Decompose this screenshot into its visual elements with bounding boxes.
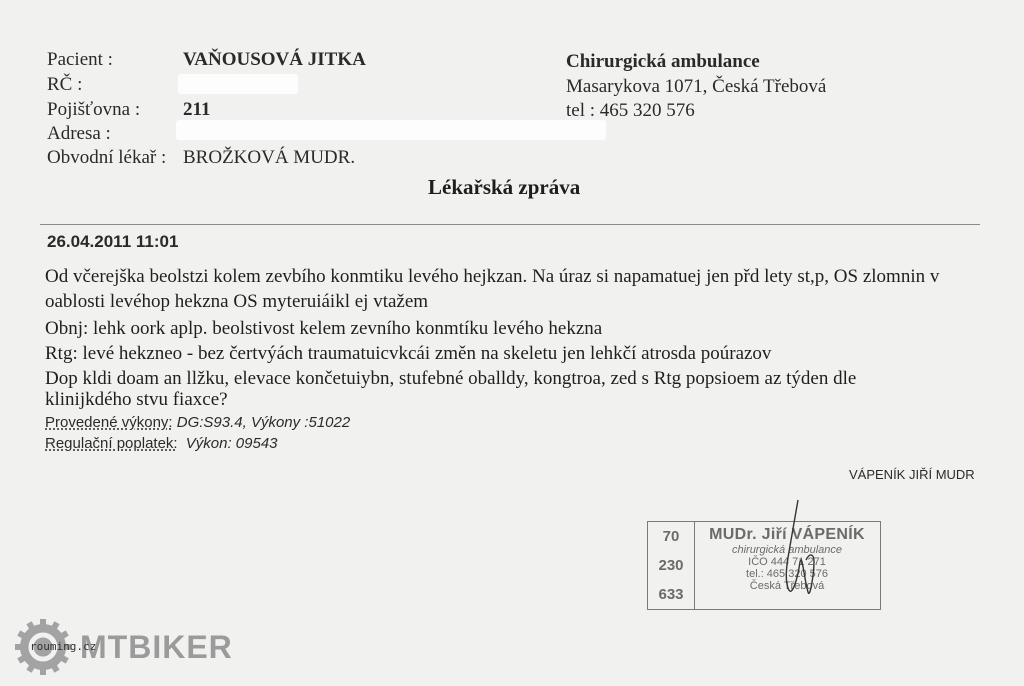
insurance-value: 211 — [183, 99, 210, 121]
report-line: Obnj: lehk oork aplp. beolstivost kelem … — [45, 318, 602, 340]
site-watermark: rouming.cz — [30, 640, 96, 653]
logo-text: MTBIKER — [80, 629, 233, 666]
fee-row: Regulační poplatek: Výkon: 09543 — [45, 435, 278, 452]
gp-label: Obvodní lékař : — [47, 147, 166, 169]
patient-name-label: Pacient : — [47, 49, 113, 71]
address-redaction — [176, 120, 606, 140]
gp-value: BROŽKOVÁ MUDR. — [183, 147, 355, 169]
stamp-codes: 70 230 633 — [648, 522, 695, 609]
signature-icon — [770, 496, 850, 616]
mtbiker-logo: MTBIKER rouming.cz — [14, 618, 233, 676]
fee-label: Regulační poplatek: — [45, 435, 178, 452]
report-title: Lékařská zpráva — [428, 175, 580, 200]
report-line: Od včerejška beolstzi kolem zevbího konm… — [45, 266, 939, 288]
divider — [40, 224, 980, 225]
procedures-row: Provedené výkony: DG:S93.4, Výkony :5102… — [45, 414, 350, 431]
address-label: Adresa : — [47, 123, 111, 145]
insurance-label: Pojišťovna : — [47, 99, 140, 121]
patient-name: VAŇOUSOVÁ JITKA — [183, 49, 366, 71]
clinic-name: Chirurgická ambulance — [566, 51, 760, 73]
report-line: klinijkdého stvu fiaxce? — [45, 389, 228, 411]
report-line: Rtg: levé hekzneo - bez čertvýách trauma… — [45, 343, 771, 365]
procedures-label: Provedené výkony: — [45, 414, 173, 431]
clinic-address: Masarykova 1071, Česká Třebová — [566, 76, 826, 98]
doctor-name: VÁPENÍK JIŘÍ MUDR — [849, 467, 975, 482]
clinic-phone: tel : 465 320 576 — [566, 100, 695, 122]
procedures-value: DG:S93.4, Výkony :51022 — [177, 414, 350, 431]
fee-value: Výkon: 09543 — [186, 435, 278, 452]
rc-label: RČ : — [47, 74, 82, 96]
report-datetime: 26.04.2011 11:01 — [47, 232, 178, 252]
rc-redaction — [178, 74, 298, 94]
report-line: oablosti levéhop hekzna OS myteruiáikl e… — [45, 291, 428, 313]
report-line: Dop kldi doam an llžku, elevace končetui… — [45, 368, 856, 390]
